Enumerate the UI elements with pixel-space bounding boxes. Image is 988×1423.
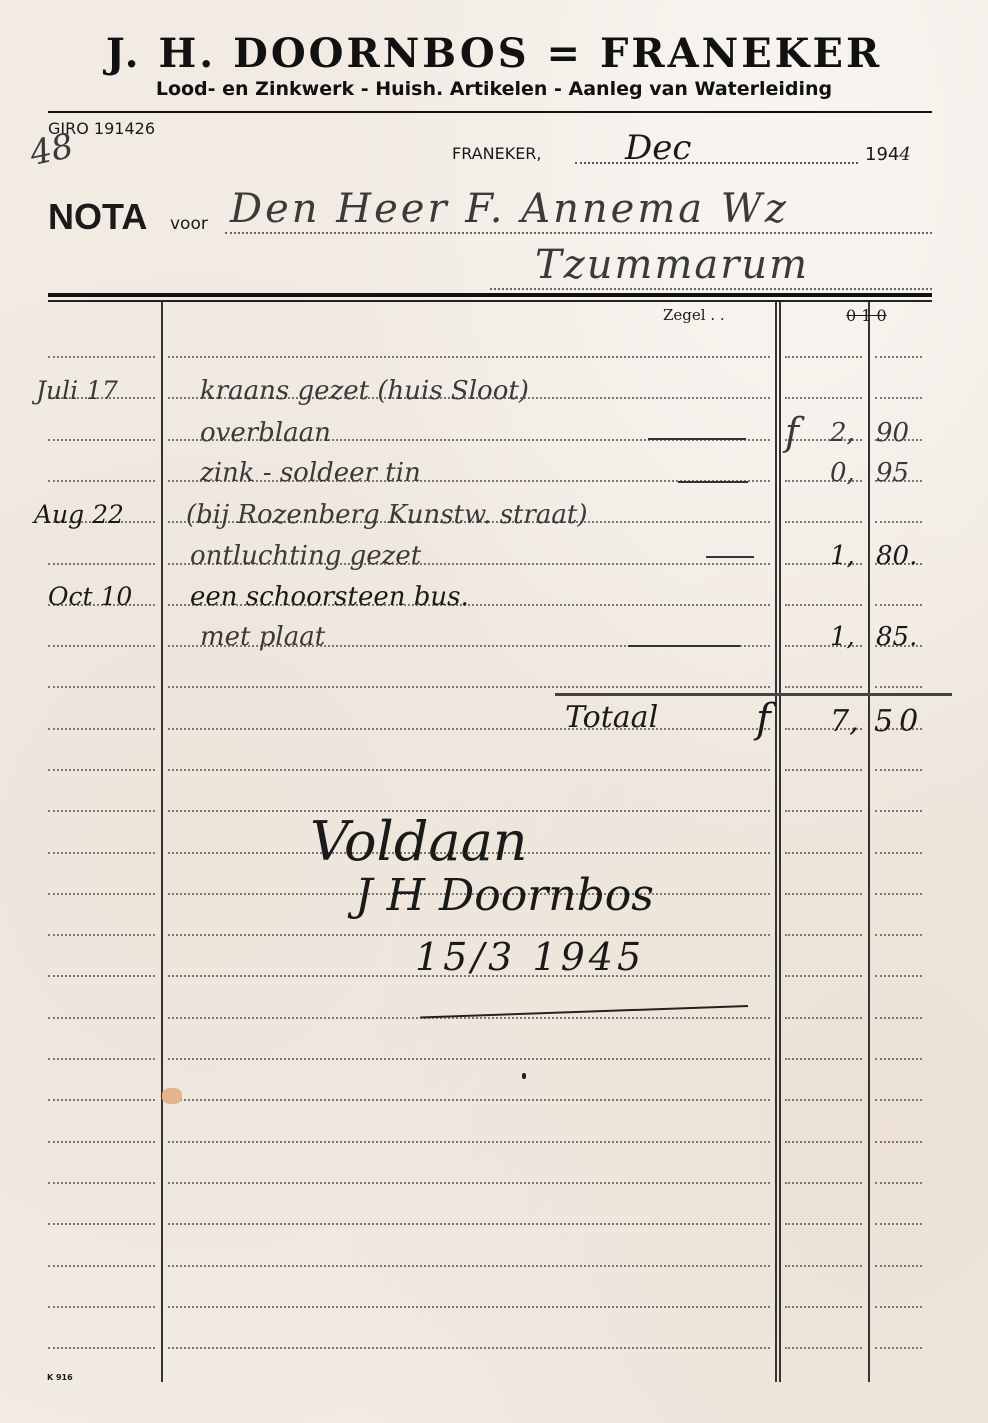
dotted-rule [875, 810, 922, 812]
dotted-rule [168, 1058, 770, 1060]
signature: J H Doornbos [355, 870, 654, 921]
dotted-rule [168, 1099, 770, 1101]
item-date: Oct 10 [48, 582, 132, 611]
dotted-rule [48, 1347, 155, 1349]
dotted-rule [48, 1017, 155, 1019]
addressee-line-2: Tzummarum [535, 242, 809, 288]
item-dash [628, 645, 740, 647]
dotted-rule [168, 1182, 770, 1184]
item-cents: 85. [876, 622, 917, 652]
company-name: J. H. DOORNBOS = FRANEKER [0, 30, 988, 77]
dotted-rule [785, 810, 862, 812]
dotted-rule [48, 1223, 155, 1225]
dotted-rule [48, 356, 155, 358]
dotted-rule [168, 1223, 770, 1225]
header-rule [48, 111, 932, 113]
date-year: 1944 [865, 144, 911, 165]
item-guilders: 0, [830, 458, 855, 488]
dotted-rule [48, 439, 155, 441]
dotted-rule [875, 521, 922, 523]
dotted-rule [875, 975, 922, 977]
dotted-rule [785, 1099, 862, 1101]
dotted-rule [168, 356, 770, 358]
paid-stamp: Voldaan [310, 810, 528, 873]
dotted-rule [875, 893, 922, 895]
dotted-rule [48, 852, 155, 854]
dotted-rule [875, 769, 922, 771]
dotted-rule [875, 1141, 922, 1143]
company-tagline: Lood- en Zinkwerk - Huish. Artikelen - A… [0, 78, 988, 100]
year-suffix: 4 [899, 144, 910, 165]
dotted-rule [48, 1141, 155, 1143]
dotted-rule [785, 934, 862, 936]
dotted-rule [875, 686, 922, 688]
stamp-label: Zegel . . [663, 306, 725, 324]
item-guilders: 2, [830, 418, 855, 448]
item-cents: 90 [876, 418, 909, 448]
addressee-line-1: Den Heer F. Annema Wz [230, 186, 789, 232]
item-description: overblaan [200, 418, 331, 448]
dotted-rule [48, 1099, 155, 1101]
table-top-rule-thin [48, 300, 932, 302]
dotted-rule [785, 1141, 862, 1143]
dotted-rule [48, 686, 155, 688]
paper-stain [162, 1088, 182, 1104]
dotted-rule [48, 1182, 155, 1184]
item-description: zink - soldeer tin [200, 458, 421, 488]
dotted-rule [48, 480, 155, 482]
ink-dot [522, 1073, 526, 1079]
dotted-rule [875, 1058, 922, 1060]
item-guilders: 1, [830, 541, 855, 571]
dotted-rule [48, 975, 155, 977]
dotted-rule [48, 1306, 155, 1308]
dotted-rule [875, 934, 922, 936]
dotted-rule [785, 852, 862, 854]
dotted-rule [875, 1306, 922, 1308]
year-prefix: 194 [865, 144, 899, 165]
receipt-date: 15/3 1945 [415, 935, 645, 979]
dotted-rule [785, 686, 862, 688]
dotted-rule [48, 645, 155, 647]
item-date: Aug 22 [34, 500, 124, 529]
dotted-rule [168, 1017, 770, 1019]
place-label: FRANEKER, [452, 144, 542, 163]
item-description: kraans gezet (huis Sloot) [200, 376, 529, 406]
item-description: met plaat [200, 622, 325, 652]
addressee-dotted-line-1 [225, 232, 932, 234]
dotted-rule [785, 1017, 862, 1019]
dotted-rule [48, 563, 155, 565]
dotted-rule [168, 1347, 770, 1349]
dotted-rule [168, 728, 770, 730]
dotted-rule [48, 934, 155, 936]
table-top-rule-thick [48, 293, 932, 297]
dotted-rule [785, 1347, 862, 1349]
dotted-rule [875, 604, 922, 606]
currency-symbol: f [785, 410, 799, 454]
dotted-rule [875, 1347, 922, 1349]
corner-annotation: 48 [26, 126, 77, 174]
amount-column-divider-left [775, 302, 777, 1382]
dotted-rule [785, 356, 862, 358]
dotted-rule [875, 397, 922, 399]
item-dash [678, 481, 748, 483]
total-cents: 50 [874, 704, 924, 739]
dotted-rule [785, 975, 862, 977]
item-description: (bij Rozenberg Kunstw. straat) [186, 500, 588, 530]
dotted-rule [168, 1141, 770, 1143]
dotted-rule [875, 1017, 922, 1019]
dotted-rule [48, 728, 155, 730]
dotted-rule [785, 521, 862, 523]
dotted-rule [785, 1306, 862, 1308]
item-dash [648, 438, 746, 440]
dotted-rule [785, 1182, 862, 1184]
item-cents: 95 [876, 458, 909, 488]
dotted-rule [785, 893, 862, 895]
item-cents: 80. [876, 541, 917, 571]
dotted-rule [168, 769, 770, 771]
form-code: K 916 [47, 1373, 73, 1382]
dotted-rule [48, 769, 155, 771]
total-label: Totaal [565, 700, 658, 735]
dotted-rule [875, 1223, 922, 1225]
dotted-rule [168, 1265, 770, 1267]
dotted-rule [48, 893, 155, 895]
dotted-rule [48, 1058, 155, 1060]
dotted-rule [875, 356, 922, 358]
total-rule [555, 693, 952, 696]
item-guilders: 1, [830, 622, 855, 652]
dotted-rule [785, 604, 862, 606]
nota-title: NOTA [48, 196, 147, 238]
dotted-rule [48, 1265, 155, 1267]
date-column-divider [161, 302, 163, 1382]
total-currency: f [756, 696, 771, 742]
addressee-dotted-line-2 [490, 288, 932, 290]
dotted-rule [875, 852, 922, 854]
date-dotted-line [575, 162, 858, 164]
dotted-rule [48, 810, 155, 812]
dotted-rule [875, 1182, 922, 1184]
cents-column-divider [868, 302, 870, 1382]
item-description: ontluchting gezet [190, 541, 421, 571]
dotted-rule [168, 1306, 770, 1308]
voor-label: voor [170, 214, 208, 234]
item-dash [706, 556, 754, 558]
dotted-rule [875, 1099, 922, 1101]
dotted-rule [785, 397, 862, 399]
dotted-rule [785, 1265, 862, 1267]
total-guilders: 7, [830, 704, 859, 739]
dotted-rule [785, 1223, 862, 1225]
date-month: Dec [625, 128, 691, 168]
amount-column-divider-right [779, 302, 781, 1382]
dotted-rule [168, 686, 770, 688]
stamp-value: 0 1 0 [846, 306, 887, 325]
dotted-rule [785, 1058, 862, 1060]
item-description: een schoorsteen bus. [190, 582, 469, 612]
item-date: Juli 17 [36, 376, 118, 405]
dotted-rule [785, 769, 862, 771]
dotted-rule [875, 1265, 922, 1267]
